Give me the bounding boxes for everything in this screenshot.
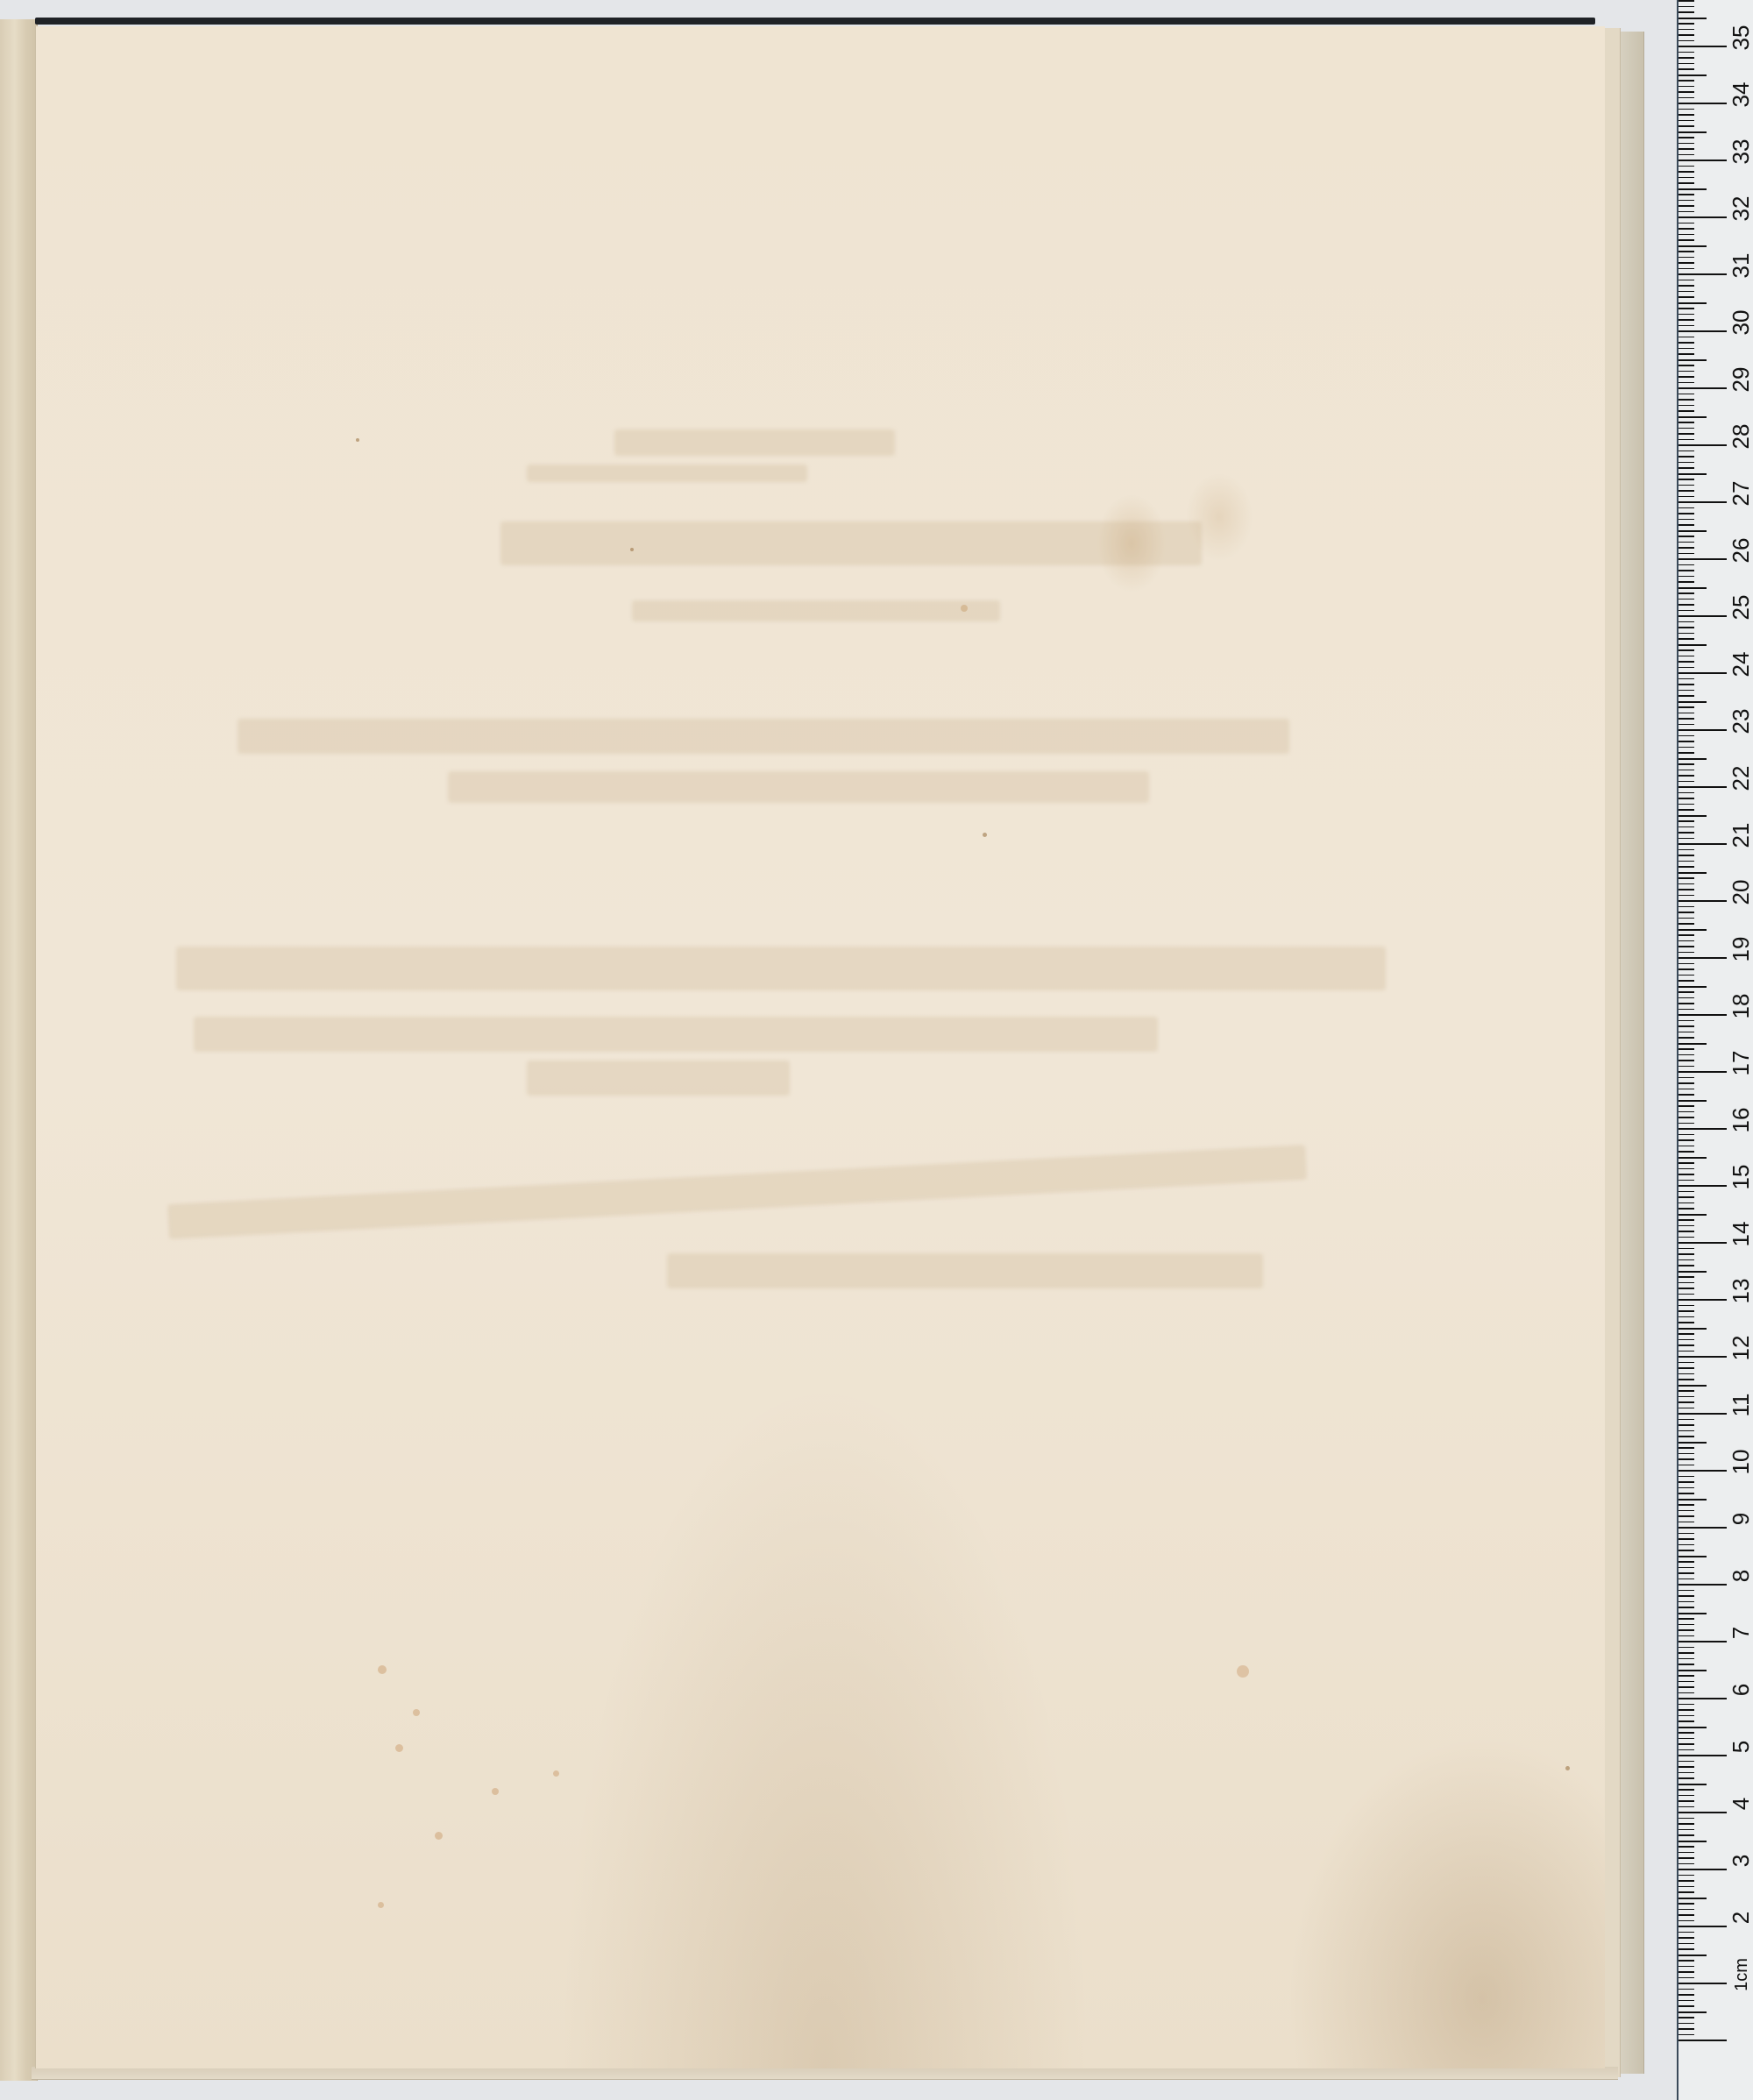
ruler-tick bbox=[1678, 1812, 1727, 1813]
ruler-tick bbox=[1678, 558, 1727, 560]
ruler-tick bbox=[1678, 371, 1694, 372]
ruler-tick bbox=[1678, 245, 1707, 247]
ruler-tick bbox=[1678, 752, 1694, 754]
foxing-spot bbox=[413, 1709, 420, 1716]
ruler-tick bbox=[1678, 706, 1694, 708]
ruler-tick bbox=[1678, 114, 1694, 116]
ruler-tick bbox=[1678, 1408, 1694, 1409]
ruler-tick bbox=[1678, 302, 1707, 304]
ruler-tick bbox=[1678, 1948, 1694, 1950]
ruler-tick bbox=[1678, 900, 1727, 902]
ruler-tick bbox=[1678, 713, 1694, 714]
ruler-tick bbox=[1678, 581, 1694, 583]
ruler-tick bbox=[1678, 656, 1694, 657]
ruler-tick bbox=[1678, 1282, 1694, 1284]
ruler-tick bbox=[1678, 1203, 1694, 1204]
ruler-tick bbox=[1678, 1344, 1694, 1346]
ruler-tick bbox=[1678, 940, 1694, 942]
ruler-label: 14 bbox=[1728, 1221, 1753, 1247]
ruler-tick bbox=[1678, 923, 1694, 925]
ruler-tick bbox=[1678, 1191, 1694, 1193]
ruler-tick bbox=[1678, 1328, 1707, 1330]
ruler-tick bbox=[1678, 1271, 1707, 1273]
ruler-tick bbox=[1678, 1316, 1694, 1318]
ruler-label: 20 bbox=[1728, 879, 1753, 905]
ruler-tick bbox=[1678, 1043, 1707, 1045]
ruler-tick bbox=[1678, 1789, 1694, 1791]
ruler-label: 25 bbox=[1728, 594, 1753, 621]
ruler-tick bbox=[1678, 80, 1694, 82]
ruler-tick bbox=[1678, 1362, 1694, 1364]
ruler-tick bbox=[1678, 1265, 1694, 1266]
ruler-tick bbox=[1678, 194, 1694, 195]
ruler-tick bbox=[1678, 1231, 1694, 1232]
ruler-tick bbox=[1678, 1595, 1694, 1597]
ruler-tick bbox=[1678, 1766, 1694, 1768]
ruler-tick bbox=[1678, 792, 1694, 794]
ruler-tick bbox=[1678, 1834, 1694, 1836]
ruler-tick bbox=[1678, 1487, 1694, 1489]
bottom-leaf-edge bbox=[32, 2067, 1618, 2080]
ruler-tick bbox=[1678, 444, 1727, 446]
foxing-spot bbox=[378, 1902, 384, 1908]
ruler-tick bbox=[1678, 154, 1694, 156]
ruler-tick bbox=[1678, 957, 1727, 959]
ruler-tick bbox=[1678, 1590, 1694, 1592]
ruler-tick bbox=[1678, 1869, 1727, 1870]
ruler-tick bbox=[1678, 1943, 1694, 1945]
ruler-tick bbox=[1678, 2005, 1694, 2007]
ruler-tick bbox=[1678, 690, 1694, 692]
ruler-tick bbox=[1678, 1458, 1694, 1460]
ruler-tick bbox=[1678, 1579, 1694, 1580]
ruler-label: 33 bbox=[1728, 138, 1753, 165]
foxing-spot bbox=[1565, 1766, 1570, 1770]
ruler-tick bbox=[1678, 1800, 1694, 1802]
ruler-tick bbox=[1678, 1584, 1727, 1586]
foxing-spot bbox=[553, 1770, 559, 1777]
ruler-tick bbox=[1678, 18, 1707, 19]
ruler-tick bbox=[1678, 1704, 1694, 1706]
ruler-tick bbox=[1678, 1886, 1694, 1888]
ruler-tick bbox=[1678, 0, 1694, 2]
ruler-tick bbox=[1678, 513, 1694, 514]
ruler-tick bbox=[1678, 1105, 1694, 1107]
ruler-tick bbox=[1678, 604, 1694, 606]
ruler-tick bbox=[1678, 963, 1694, 965]
ruler-tick bbox=[1678, 815, 1707, 817]
ruler-tick bbox=[1678, 1351, 1694, 1352]
ruler-tick bbox=[1678, 758, 1707, 760]
ruler-tick bbox=[1678, 1413, 1727, 1415]
ruler-tick bbox=[1678, 1538, 1694, 1540]
ruler-tick bbox=[1678, 1755, 1727, 1756]
ruler-tick bbox=[1678, 467, 1694, 469]
ruler-tick bbox=[1678, 473, 1707, 475]
ruler-tick bbox=[1678, 143, 1694, 145]
ruler-tick bbox=[1678, 1310, 1694, 1312]
ruler-tick bbox=[1678, 729, 1727, 731]
ruler-tick bbox=[1678, 1424, 1694, 1426]
foxing-spot bbox=[630, 548, 634, 551]
ruler-tick bbox=[1678, 2011, 1707, 2013]
show-through-line bbox=[500, 521, 1202, 565]
ruler-tick bbox=[1678, 507, 1694, 509]
ruler-tick bbox=[1678, 103, 1727, 104]
ruler-tick bbox=[1678, 804, 1694, 805]
foxing-spot bbox=[395, 1744, 403, 1752]
ruler-tick bbox=[1678, 1174, 1694, 1175]
ruler-tick bbox=[1678, 861, 1694, 862]
ruler-tick bbox=[1678, 1960, 1694, 1962]
ruler-tick bbox=[1678, 456, 1694, 458]
ruler-tick bbox=[1678, 1180, 1694, 1181]
ruler-tick bbox=[1678, 177, 1694, 179]
ruler-tick bbox=[1678, 462, 1694, 464]
ruler-label: 24 bbox=[1728, 651, 1753, 678]
ruler-label: 32 bbox=[1728, 195, 1753, 222]
ruler-tick bbox=[1678, 1971, 1694, 1973]
ruler-tick bbox=[1678, 171, 1694, 173]
ruler-tick bbox=[1678, 1863, 1694, 1865]
foxing-spot bbox=[378, 1665, 387, 1674]
ruler-tick bbox=[1678, 1299, 1727, 1301]
ruler-tick bbox=[1678, 775, 1694, 777]
show-through-line bbox=[194, 1017, 1158, 1052]
ruler-tick bbox=[1678, 6, 1694, 8]
ruler-tick bbox=[1678, 1618, 1694, 1620]
ruler-tick bbox=[1678, 997, 1694, 999]
ruler-tick bbox=[1678, 1185, 1727, 1187]
ruler-tick bbox=[1678, 1214, 1707, 1216]
ruler-tick bbox=[1678, 912, 1694, 913]
ruler-tick bbox=[1678, 1989, 1694, 1990]
ruler-tick bbox=[1678, 46, 1727, 47]
ruler-tick bbox=[1678, 405, 1694, 407]
ruler-tick bbox=[1678, 211, 1694, 213]
ruler-tick bbox=[1678, 2023, 1694, 2025]
ruler-tick bbox=[1678, 1447, 1694, 1449]
ruler-tick bbox=[1678, 684, 1694, 685]
foxing-spot bbox=[961, 605, 968, 612]
ruler-tick bbox=[1678, 234, 1694, 236]
ruler-tick bbox=[1678, 1601, 1694, 1603]
centimeter-ruler: 1cm2345678910111213141516171819202122232… bbox=[1677, 0, 1753, 2100]
ruler-label: 16 bbox=[1728, 1107, 1753, 1133]
ruler-label: 22 bbox=[1728, 765, 1753, 791]
ruler-tick bbox=[1678, 1829, 1694, 1831]
ruler-tick bbox=[1678, 1544, 1694, 1546]
ruler-tick bbox=[1678, 1550, 1694, 1551]
ruler-tick bbox=[1678, 1419, 1694, 1421]
ruler-tick bbox=[1678, 564, 1694, 566]
ruler-tick bbox=[1678, 285, 1694, 287]
ruler-tick bbox=[1678, 524, 1694, 526]
ruler-tick bbox=[1678, 1128, 1727, 1130]
ruler-tick bbox=[1678, 1875, 1694, 1877]
ruler-tick bbox=[1678, 1339, 1694, 1341]
ruler-tick bbox=[1678, 763, 1694, 765]
ruler-tick bbox=[1678, 1054, 1694, 1056]
ruler-tick bbox=[1678, 1123, 1694, 1124]
ruler-tick bbox=[1678, 1032, 1694, 1033]
ruler-tick bbox=[1678, 188, 1707, 190]
ruler-label: 10 bbox=[1728, 1449, 1753, 1475]
ruler-tick bbox=[1678, 1146, 1694, 1147]
ruler-tick bbox=[1678, 1242, 1727, 1244]
ruler-tick bbox=[1678, 986, 1707, 988]
ruler-tick bbox=[1678, 838, 1694, 840]
ruler-label: 13 bbox=[1728, 1278, 1753, 1304]
ruler-tick bbox=[1678, 770, 1694, 771]
ruler-tick bbox=[1678, 644, 1707, 646]
ruler-tick bbox=[1678, 536, 1694, 537]
ruler-tick bbox=[1678, 182, 1694, 184]
ruler-tick bbox=[1678, 1259, 1694, 1261]
ruler-label: 31 bbox=[1728, 252, 1753, 279]
ruler-tick bbox=[1678, 451, 1694, 452]
ruler-tick bbox=[1678, 1795, 1694, 1797]
ruler-tick bbox=[1678, 1629, 1694, 1631]
ruler-tick bbox=[1678, 387, 1727, 389]
ruler-tick bbox=[1678, 1248, 1694, 1250]
ruler-tick bbox=[1678, 695, 1694, 697]
ruler-label: 6 bbox=[1728, 1677, 1753, 1703]
ruler-tick bbox=[1678, 308, 1694, 309]
show-through-line bbox=[632, 600, 1000, 621]
ruler-tick bbox=[1678, 1499, 1707, 1501]
ruler-label: 9 bbox=[1728, 1506, 1753, 1532]
ruler-tick bbox=[1678, 1852, 1694, 1854]
ruler-tick bbox=[1678, 148, 1694, 150]
ruler-label: 35 bbox=[1728, 25, 1753, 51]
ruler-tick bbox=[1678, 649, 1694, 651]
ruler-tick bbox=[1678, 1288, 1694, 1289]
ruler-tick bbox=[1678, 86, 1694, 88]
ruler-tick bbox=[1678, 1664, 1694, 1665]
ruler-tick bbox=[1678, 1698, 1727, 1699]
ruler-label: 27 bbox=[1728, 480, 1753, 507]
ruler-tick bbox=[1678, 200, 1694, 202]
ruler-tick bbox=[1678, 592, 1694, 594]
ruler-tick bbox=[1678, 319, 1694, 321]
ruler-tick bbox=[1678, 1089, 1694, 1090]
ruler-tick bbox=[1678, 1966, 1694, 1968]
ruler-tick bbox=[1678, 678, 1694, 680]
ruler-tick bbox=[1678, 1390, 1694, 1392]
ruler-tick bbox=[1678, 1533, 1694, 1535]
ruler-tick bbox=[1678, 1527, 1727, 1529]
ruler-tick bbox=[1678, 1401, 1694, 1403]
ruler-tick bbox=[1678, 280, 1694, 281]
ruler-tick bbox=[1678, 268, 1694, 270]
ruler-tick bbox=[1678, 627, 1694, 628]
ruler-tick bbox=[1678, 1920, 1694, 1922]
ruler-tick bbox=[1678, 160, 1727, 161]
ruler-tick bbox=[1678, 314, 1694, 316]
foxing-spot bbox=[435, 1832, 443, 1840]
ruler-tick bbox=[1678, 1094, 1694, 1096]
ruler-tick bbox=[1678, 1777, 1694, 1779]
ruler-tick bbox=[1678, 1276, 1694, 1278]
ruler-tick bbox=[1678, 1681, 1694, 1683]
ruler-tick bbox=[1678, 906, 1694, 908]
ruler-tick bbox=[1678, 1515, 1694, 1517]
ruler-tick bbox=[1678, 747, 1694, 748]
ruler-label: 11 bbox=[1728, 1392, 1753, 1418]
ruler-tick bbox=[1678, 1134, 1694, 1136]
ruler-tick bbox=[1678, 325, 1694, 327]
ruler-tick bbox=[1678, 866, 1694, 868]
ruler-tick bbox=[1678, 855, 1694, 856]
ruler-label: 17 bbox=[1728, 1050, 1753, 1076]
ruler-tick bbox=[1678, 490, 1694, 492]
ruler-tick bbox=[1678, 1322, 1694, 1323]
ruler-tick bbox=[1678, 296, 1694, 298]
ruler-tick bbox=[1678, 479, 1694, 480]
ruler-tick bbox=[1678, 1481, 1694, 1483]
ruler-tick bbox=[1678, 633, 1694, 635]
ruler-tick bbox=[1678, 1305, 1694, 1307]
ruler-tick bbox=[1678, 109, 1694, 110]
right-leaf-inner bbox=[1602, 28, 1621, 2077]
ruler-tick bbox=[1678, 57, 1694, 59]
ruler-tick bbox=[1678, 621, 1694, 623]
ruler-tick bbox=[1678, 2034, 1694, 2036]
ruler-tick bbox=[1678, 1994, 1694, 1996]
ruler-tick bbox=[1678, 2017, 1694, 2018]
ruler-tick bbox=[1678, 1880, 1694, 1882]
ruler-tick bbox=[1678, 1977, 1694, 1979]
ruler-tick bbox=[1678, 570, 1694, 571]
ruler-tick bbox=[1678, 1983, 1727, 1984]
ruler-tick bbox=[1678, 74, 1707, 76]
ruler-tick bbox=[1678, 1743, 1694, 1745]
ruler-tick bbox=[1678, 781, 1694, 783]
ruler-tick bbox=[1678, 337, 1694, 338]
ruler-tick bbox=[1678, 820, 1694, 822]
ruler-tick bbox=[1678, 1955, 1707, 1956]
ruler-tick bbox=[1678, 34, 1694, 36]
ruler-tick bbox=[1678, 1749, 1694, 1751]
ruler-tick bbox=[1678, 991, 1694, 993]
ruler-tick bbox=[1678, 1846, 1694, 1848]
ruler-tick bbox=[1678, 353, 1694, 355]
ruler-label: 7 bbox=[1728, 1620, 1753, 1646]
ruler-tick bbox=[1678, 433, 1694, 435]
foxing-spot bbox=[1237, 1665, 1249, 1678]
ruler-tick bbox=[1678, 661, 1694, 663]
ruler-tick bbox=[1678, 547, 1694, 549]
ruler-tick bbox=[1678, 416, 1707, 418]
ruler-tick bbox=[1678, 1613, 1707, 1614]
ruler-label: 30 bbox=[1728, 309, 1753, 336]
ruler-tick bbox=[1678, 394, 1694, 395]
ruler-tick bbox=[1678, 2000, 1694, 2002]
ruler-tick bbox=[1678, 1396, 1694, 1398]
ruler-tick bbox=[1678, 376, 1694, 378]
ruler-tick bbox=[1678, 1356, 1727, 1358]
ruler-tick bbox=[1678, 980, 1694, 982]
ruler-tick bbox=[1678, 1009, 1694, 1011]
foxing-spot bbox=[356, 438, 359, 442]
ruler-tick bbox=[1678, 239, 1694, 241]
ruler-tick bbox=[1678, 1100, 1707, 1102]
ruler-tick bbox=[1678, 1465, 1694, 1466]
ruler-tick bbox=[1678, 1556, 1707, 1557]
ruler-tick bbox=[1678, 1025, 1694, 1027]
ruler-tick bbox=[1678, 40, 1694, 42]
ruler-tick bbox=[1678, 382, 1694, 384]
foxing-spot bbox=[983, 833, 987, 837]
ruler-tick bbox=[1678, 428, 1694, 429]
ruler-tick bbox=[1678, 701, 1707, 703]
ruler-label: 21 bbox=[1728, 822, 1753, 848]
ruler-tick bbox=[1678, 968, 1694, 970]
ruler-tick bbox=[1678, 1784, 1707, 1785]
ruler-tick bbox=[1678, 2040, 1727, 2041]
ruler-tick bbox=[1678, 1208, 1694, 1210]
ruler-tick bbox=[1678, 1111, 1694, 1113]
ruler-tick bbox=[1678, 1772, 1694, 1774]
ruler-tick bbox=[1678, 137, 1694, 138]
ruler-tick bbox=[1678, 1373, 1694, 1375]
ruler-tick bbox=[1678, 1237, 1694, 1238]
ruler-tick bbox=[1678, 1060, 1694, 1061]
ruler-tick bbox=[1678, 166, 1694, 167]
ruler-tick bbox=[1678, 724, 1694, 726]
ruler-tick bbox=[1678, 1082, 1694, 1084]
ruler-tick bbox=[1678, 1020, 1694, 1022]
ruler-tick bbox=[1678, 91, 1694, 93]
ruler-tick bbox=[1678, 587, 1707, 589]
ruler-tick bbox=[1678, 1151, 1694, 1153]
ruler-tick bbox=[1678, 1686, 1694, 1688]
ruler-tick bbox=[1678, 1442, 1707, 1444]
ruler-tick bbox=[1678, 1162, 1694, 1164]
ruler-tick bbox=[1678, 1914, 1694, 1916]
ruler-tick bbox=[1678, 348, 1694, 350]
show-through-line bbox=[527, 465, 807, 482]
ruler-tick bbox=[1678, 1522, 1694, 1523]
show-through-line bbox=[667, 1253, 1263, 1288]
show-through-line bbox=[448, 771, 1149, 803]
ruler-label: 8 bbox=[1728, 1563, 1753, 1589]
ruler-tick bbox=[1678, 1367, 1694, 1369]
ruler-tick bbox=[1678, 1670, 1707, 1671]
top-board-edge bbox=[35, 18, 1595, 25]
ruler-tick bbox=[1678, 975, 1694, 976]
ruler-tick bbox=[1678, 1504, 1694, 1506]
ruler-tick bbox=[1678, 672, 1727, 674]
ruler-tick bbox=[1678, 1732, 1694, 1734]
ruler-tick bbox=[1678, 1196, 1694, 1198]
show-through-line bbox=[527, 1061, 790, 1096]
ruler-tick bbox=[1678, 1003, 1694, 1004]
ruler-tick bbox=[1678, 2028, 1694, 2030]
ruler-tick bbox=[1678, 832, 1694, 834]
ruler-tick bbox=[1678, 1841, 1707, 1842]
foxing-spot bbox=[492, 1788, 499, 1795]
ruler-tick bbox=[1678, 125, 1694, 127]
ruler-tick bbox=[1678, 895, 1694, 897]
ruler-tick bbox=[1678, 1066, 1694, 1068]
ruler-tick bbox=[1678, 1709, 1694, 1711]
ruler-tick bbox=[1678, 849, 1694, 851]
ruler-tick bbox=[1678, 1567, 1694, 1569]
ruler-label: 5 bbox=[1728, 1734, 1753, 1760]
ruler-tick bbox=[1678, 786, 1727, 788]
